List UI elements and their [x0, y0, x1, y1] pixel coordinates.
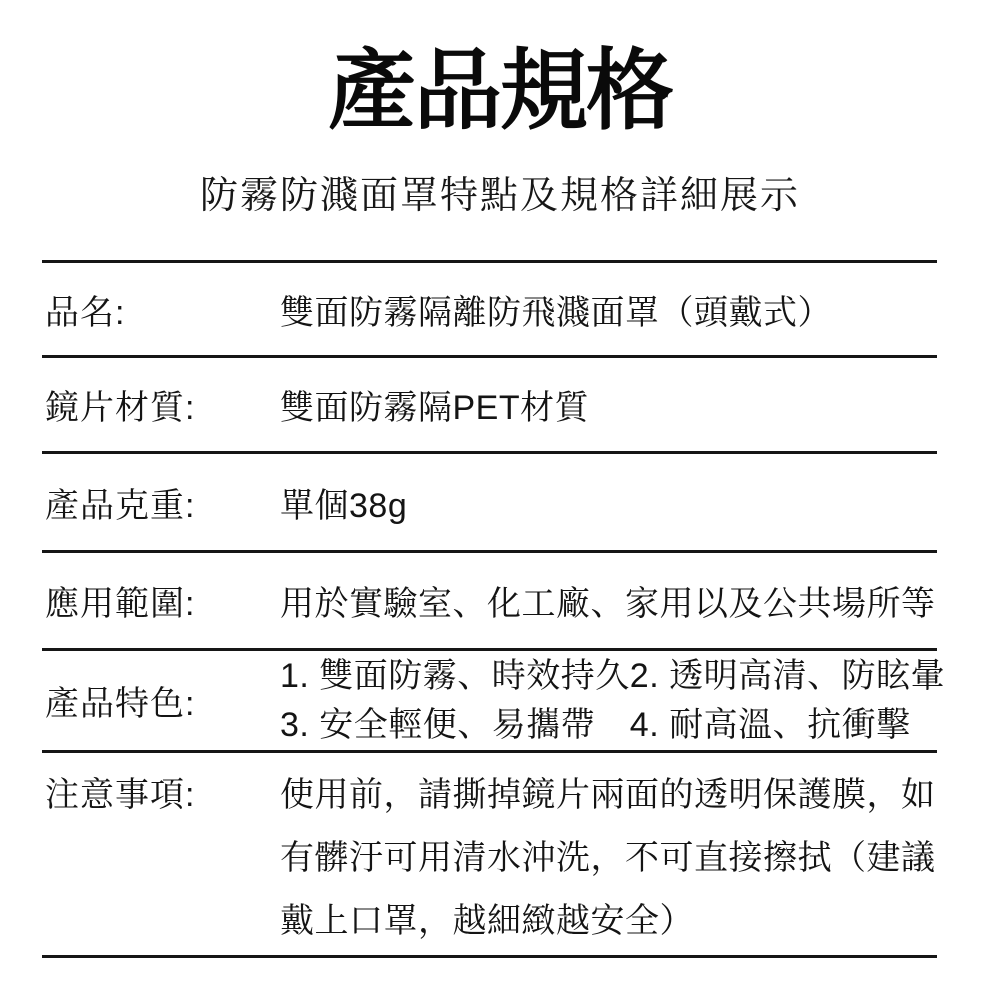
spec-value-line: 雙面防霧隔PET材質	[280, 380, 937, 429]
spec-label: 應用範圍:	[42, 576, 280, 625]
page-subtitle: 防霧防濺面罩特點及規格詳細展示	[0, 164, 1000, 219]
spec-value: 單個38g	[280, 478, 937, 527]
spec-value-line: 用於實驗室、化工廠、家用以及公共場所等	[280, 576, 937, 625]
spec-label: 鏡片材質:	[42, 380, 280, 429]
spec-value-line: 單個38g	[280, 478, 937, 527]
spec-label: 產品克重:	[42, 478, 280, 527]
spec-row: 應用範圍:用於實驗室、化工廠、家用以及公共場所等	[42, 550, 937, 648]
spec-value-line: 使用前，請撕掉鏡片兩面的透明保護膜，如	[280, 764, 937, 827]
spec-value: 雙面防霧隔PET材質	[280, 380, 937, 429]
spec-value-line: 雙面防霧隔離防飛濺面罩（頭戴式）	[280, 285, 937, 334]
spec-value: 使用前，請撕掉鏡片兩面的透明保護膜，如有髒汙可用清水沖洗，不可直接擦拭（建議戴上…	[280, 753, 937, 953]
spec-value-line: 1. 雙面防霧、時效持久2. 透明高清、防眩暈	[280, 652, 945, 701]
page-title: 產品規格	[0, 40, 1000, 141]
spec-label: 品名:	[42, 285, 280, 334]
spec-value: 1. 雙面防霧、時效持久2. 透明高清、防眩暈3. 安全輕便、易攜帶 4. 耐高…	[280, 652, 945, 750]
spec-table: 品名:雙面防霧隔離防飛濺面罩（頭戴式）鏡片材質:雙面防霧隔PET材質產品克重:單…	[42, 260, 937, 958]
spec-value-line: 有髒汙可用清水沖洗，不可直接擦拭（建議	[280, 827, 937, 890]
spec-row: 品名:雙面防霧隔離防飛濺面罩（頭戴式）	[42, 260, 937, 355]
spec-label: 注意事項:	[42, 753, 280, 827]
spec-row: 產品特色:1. 雙面防霧、時效持久2. 透明高清、防眩暈3. 安全輕便、易攜帶 …	[42, 648, 937, 750]
spec-value: 用於實驗室、化工廠、家用以及公共場所等	[280, 576, 937, 625]
spec-value: 雙面防霧隔離防飛濺面罩（頭戴式）	[280, 285, 937, 334]
spec-value-line: 3. 安全輕便、易攜帶 4. 耐高溫、抗衝擊	[280, 701, 945, 750]
spec-row: 產品克重:單個38g	[42, 451, 937, 550]
spec-row: 注意事項:使用前，請撕掉鏡片兩面的透明保護膜，如有髒汙可用清水沖洗，不可直接擦拭…	[42, 750, 937, 955]
spec-value-line: 戴上口罩，越細緻越安全）	[280, 890, 937, 953]
spec-label: 產品特色:	[42, 676, 280, 725]
product-spec-sheet: 產品規格 防霧防濺面罩特點及規格詳細展示 品名:雙面防霧隔離防飛濺面罩（頭戴式）…	[0, 0, 1000, 1000]
spec-row: 鏡片材質:雙面防霧隔PET材質	[42, 355, 937, 451]
